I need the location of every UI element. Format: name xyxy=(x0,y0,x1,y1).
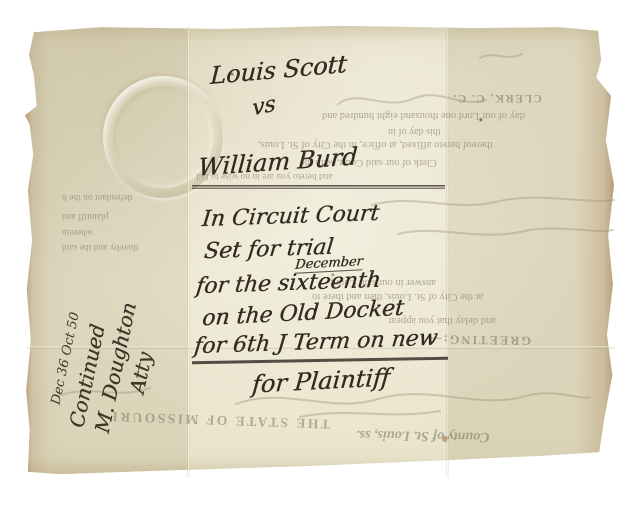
fold-crease-vertical-right xyxy=(446,26,449,478)
ghost-print-defendant-fragment: defendant on the b xyxy=(62,192,132,202)
ghost-print-county-st-louis: County of St. Louis, ss. xyxy=(356,426,490,444)
caption-divider-rule xyxy=(192,185,445,189)
ghost-print-lord-line: day of our Lord one thousand eight hundr… xyxy=(322,110,525,121)
ghost-print-greeting: GREETING:— xyxy=(427,331,531,348)
ghost-print-clerk: CLERK, C. C. xyxy=(452,92,542,104)
versus-label: vs xyxy=(252,91,276,121)
ghost-print-appear-fragment: and delay that you appear xyxy=(388,315,496,326)
ghost-print-blank-line: this day of in xyxy=(388,126,441,137)
document-scan-stage: CLERK, C. C. day of our Lord one thousan… xyxy=(0,0,640,509)
